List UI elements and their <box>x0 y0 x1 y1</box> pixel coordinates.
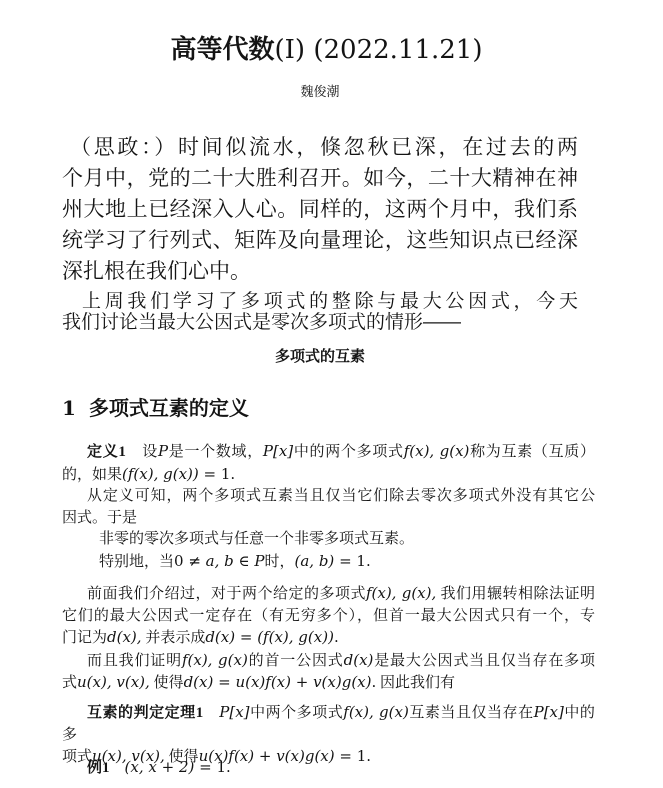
text-segment: 我们讨论当最大公因式是零次多项式的情形—— <box>62 312 461 333</box>
text-line: 它们的最大公因式一定存在（有无穷多个），但首一最大公因式只有一个，专 <box>62 606 595 628</box>
body-paragraph-block-1: 定义1 设P是一个数域，P[x]中的两个多项式f(x), g(x)称为互素（互质… <box>62 441 595 573</box>
text-line: 特别地，当0 ≠ a, b ∈ P时，(a, b) = 1. <box>62 551 595 574</box>
text-segment: 个月中，党的二十大胜利召开。如今，二十大精神在神 <box>62 167 578 190</box>
author: 魏俊潮 <box>62 84 578 100</box>
math-segment: = <box>213 673 235 691</box>
math-segment: f(x), g(x) <box>404 442 470 460</box>
math-segment: u(x)f(x) + v(x)g(x) <box>235 673 371 691</box>
text-line: 前面我们介绍过，对于两个给定的多项式f(x), g(x), 我们用辗转相除法证明 <box>62 583 595 606</box>
math-segment: f(x), g(x) <box>182 651 248 669</box>
text-line: 统学习了行列式、矩阵及向量理论，这些知识点已经深 <box>62 225 578 256</box>
intro-paragraph-large: （思政：）时间似流水，倏忽秋已深，在过去的两个月中，党的二十大胜利召开。如今，二… <box>62 132 578 287</box>
text-segment: 因式。于是 <box>62 510 137 526</box>
text-segment: 特别地，当 <box>99 554 174 570</box>
text-line: 州大地上已经深入人心。同样的，这两个月中，我们系 <box>62 194 578 225</box>
text-line: 式u(x), v(x), 使得d(x) = u(x)f(x) + v(x)g(x… <box>62 672 595 695</box>
text-line: 因式。于是 <box>62 508 595 530</box>
text-line: 门记为d(x), 并表示成d(x) = (f(x), g(x)). <box>62 627 595 650</box>
text-line: 非零的零次多项式与任意一个非零多项式互素。 <box>62 529 595 551</box>
text-segment: 门记为 <box>62 630 107 646</box>
page-title: 高等代数(I) (2022.11.21) <box>0 32 653 71</box>
math-segment: u(x), v(x), <box>77 673 150 691</box>
text-segment: 是最大公因式当且仅当存在多项 <box>373 653 595 669</box>
math-segment: = 1. <box>194 758 230 776</box>
text-segment: 中两个多项式 <box>250 705 344 721</box>
text-segment: 上周我们学习了多项式的整除与最大公因式，今天 <box>82 291 578 312</box>
text-line: 我们讨论当最大公因式是零次多项式的情形—— <box>62 313 578 334</box>
text-line: 的，如果(f(x), g(x)) = 1. <box>62 464 595 487</box>
text-segment: 中的两个多项式 <box>293 444 404 460</box>
math-segment: . <box>334 628 339 646</box>
math-segment: = <box>235 628 257 646</box>
math-segment: (x, x + 2) <box>125 758 195 776</box>
math-segment: f(x), g(x) <box>343 703 409 721</box>
text-line: 个月中，党的二十大胜利召开。如今，二十大精神在神 <box>62 163 578 194</box>
math-segment: = 1. <box>334 552 370 570</box>
math-segment: (f(x), g(x)) <box>257 628 334 646</box>
text-segment: 设 <box>126 444 158 460</box>
text-segment: 互素的判定定理1 <box>87 705 203 721</box>
body-paragraph-block-2: 前面我们介绍过，对于两个给定的多项式f(x), g(x), 我们用辗转相除法证明… <box>62 583 595 695</box>
title-date: (I) (2022.11.21) <box>275 35 483 65</box>
math-segment: d(x) <box>184 673 214 691</box>
text-line: 互素的判定定理1 P[x]中两个多项式f(x), g(x)互素当且仅当存在P[x… <box>62 702 595 746</box>
text-segment: 并表示成 <box>142 630 206 646</box>
text-line: 例1 (x, x + 2) = 1. <box>62 757 595 780</box>
text-segment: 它们的最大公因式一定存在（有无穷多个），但首一最大公因式只有一个，专 <box>62 608 595 624</box>
text-segment: 因此我们有 <box>376 675 455 691</box>
math-segment: P[x] <box>219 703 249 721</box>
math-segment: P <box>158 442 168 460</box>
math-segment: ≠ a, b ∈ P <box>188 552 264 570</box>
body-paragraph-block-4: 例1 (x, x + 2) = 1. <box>62 757 595 780</box>
text-segment: 深扎根在我们心中。 <box>62 260 251 283</box>
math-segment: d(x), <box>107 628 142 646</box>
section-heading: 1多项式互素的定义 <box>62 395 595 424</box>
text-segment: 互素当且仅当存在 <box>409 705 534 721</box>
title-text: 高等代数 <box>171 34 275 64</box>
text-segment: 称为互素（互质） <box>469 444 595 460</box>
text-line: 而且我们证明f(x), g(x)的首一公因式d(x)是最大公因式当且仅当存在多项 <box>62 650 595 673</box>
text-line: 定义1 设P是一个数域，P[x]中的两个多项式f(x), g(x)称为互素（互质… <box>62 441 595 464</box>
subtitle: 多项式的互素 <box>62 348 578 366</box>
math-segment: 0 <box>174 552 188 570</box>
text-segment: 统学习了行列式、矩阵及向量理论，这些知识点已经深 <box>62 229 578 252</box>
text-segment: 我们用辗转相除法证明 <box>436 586 595 602</box>
text-segment: 的，如果 <box>62 467 122 483</box>
text-segment: 时， <box>264 554 294 570</box>
document-page: 高等代数(I) (2022.11.21) 魏俊潮 （思政：）时间似流水，倏忽秋已… <box>0 0 663 788</box>
text-segment: 使得 <box>150 675 184 691</box>
text-line: 深扎根在我们心中。 <box>62 256 578 287</box>
text-line: （思政：）时间似流水，倏忽秋已深，在过去的两 <box>62 132 578 163</box>
math-segment: f(x), g(x), <box>366 584 436 602</box>
math-segment: P[x] <box>263 442 293 460</box>
math-segment: d(x) <box>205 628 235 646</box>
math-segment: = 1. <box>199 465 235 483</box>
math-segment: P[x] <box>534 703 564 721</box>
math-segment: (a, b) <box>295 552 335 570</box>
text-segment: 是一个数域， <box>168 444 263 460</box>
text-segment: 从定义可知，两个多项式互素当且仅当它们除去零次多项式外没有其它公 <box>87 488 595 504</box>
math-segment: d(x) <box>344 651 374 669</box>
text-line: 上周我们学习了多项式的整除与最大公因式，今天 <box>62 292 578 313</box>
text-segment: 的首一公因式 <box>248 653 344 669</box>
text-segment: 州大地上已经深入人心。同样的，这两个月中，我们系 <box>62 198 578 221</box>
section-number: 1 <box>62 396 76 420</box>
text-segment: 式 <box>62 675 77 691</box>
text-segment: 非零的零次多项式与任意一个非零多项式互素。 <box>99 531 414 547</box>
text-segment: 而且我们证明 <box>87 653 182 669</box>
text-segment <box>203 705 219 721</box>
text-segment: 前面我们介绍过，对于两个给定的多项式 <box>87 586 366 602</box>
section-title: 多项式互素的定义 <box>89 398 249 420</box>
text-segment <box>110 760 125 776</box>
text-segment: （思政：）时间似流水，倏忽秋已深，在过去的两 <box>70 136 578 159</box>
text-segment: 例1 <box>87 760 110 776</box>
math-segment: (f(x), g(x)) <box>122 465 199 483</box>
text-segment: 定义1 <box>87 444 126 460</box>
intro-paragraph-medium: 上周我们学习了多项式的整除与最大公因式，今天我们讨论当最大公因式是零次多项式的情… <box>62 292 578 333</box>
text-line: 从定义可知，两个多项式互素当且仅当它们除去零次多项式外没有其它公 <box>62 486 595 508</box>
